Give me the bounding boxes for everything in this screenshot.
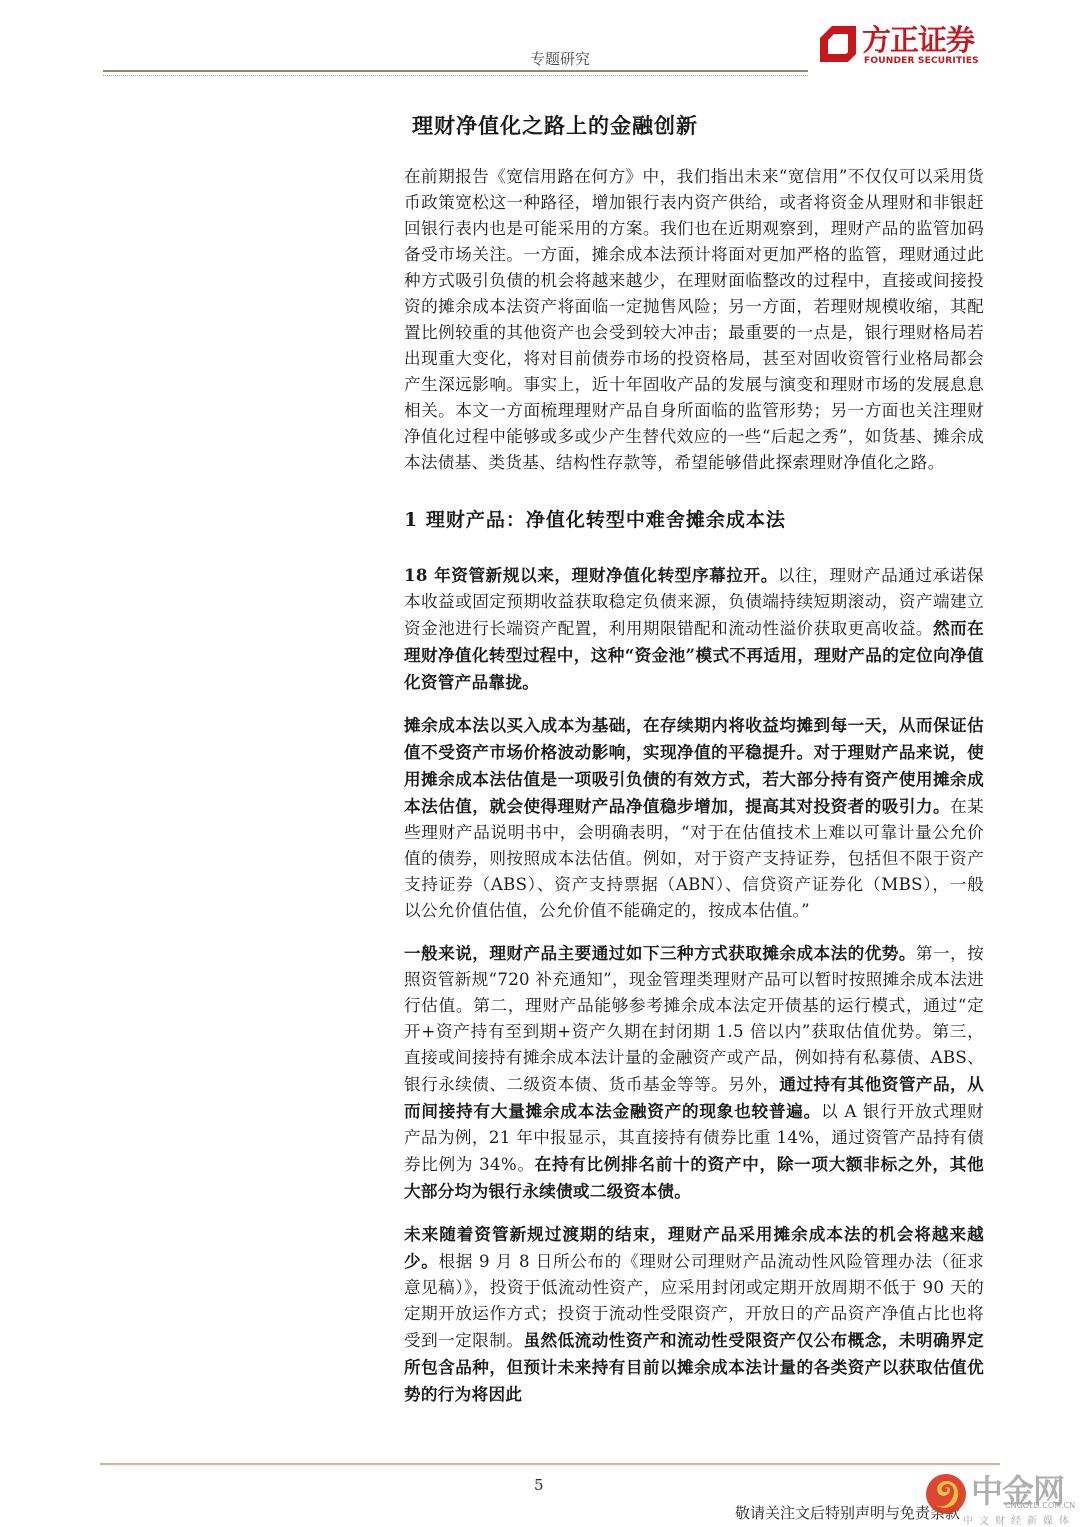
logo-name-en: FOUNDER SECURITIES [864, 56, 979, 66]
section-1-paragraph-3: 一般来说，理财产品主要通过如下三种方式获取摊余成本法的优势。第一，按照资管新规“… [404, 940, 984, 1205]
document-title: 理财净值化之路上的金融创新 [412, 110, 984, 142]
section-1-paragraph-1: 18 年资管新规以来，理财净值化转型序幕拉开。以往，理财产品通过承诺保本收益或固… [404, 562, 984, 696]
founder-securities-logo: 方正证券 FOUNDER SECURITIES [818, 20, 983, 70]
text-segment: 18 年资管新规以来，理财净值化转型序幕拉开。 [404, 565, 778, 585]
text-segment: 摊余成本法以买入成本为基础，在存续期内将收益均摊到每一天，从而保证估值不受资产市… [404, 715, 984, 816]
text-segment: 第一，按照资管新规“720 补充通知”，现金管理类理财产品可以暂时按照摊余成本法… [404, 944, 984, 1094]
watermark-tagline: 中文财经新媒体 [963, 1512, 1075, 1527]
footer-divider [100, 1463, 1000, 1465]
page-number: 5 [534, 1476, 544, 1494]
section-1-paragraph-2: 摊余成本法以买入成本为基础，在存续期内将收益均摊到每一天，从而保证估值不受资产市… [404, 712, 984, 924]
logo-name-cn: 方正证券 [862, 18, 974, 59]
text-segment: 一般来说，理财产品主要通过如下三种方式获取摊余成本法的优势。 [404, 943, 916, 963]
section-1-heading: 1 理财产品：净值化转型中难舍摊余成本法 [404, 506, 984, 534]
founder-logo-mark-icon [818, 24, 858, 64]
header-dotted-divider [103, 75, 808, 76]
cngold-logo-icon [925, 1473, 967, 1515]
watermark-domain: CNGOLD.COM.CN [1005, 1501, 1075, 1510]
document-body: 理财净值化之路上的金融创新 在前期报告《宽信用路在何方》中，我们指出未来“宽信用… [404, 110, 984, 1408]
section-1-paragraph-4: 未来随着资管新规过渡期的结束，理财产品采用摊余成本法的机会将越来越少。根据 9 … [404, 1221, 984, 1408]
header-divider [103, 70, 808, 72]
header-section-label: 专题研究 [530, 48, 590, 69]
intro-paragraph: 在前期报告《宽信用路在何方》中，我们指出未来“宽信用”不仅仅可以采用货币政策宽松… [404, 164, 984, 476]
cngold-watermark: 中金网 CNGOLD.COM.CN 中文财经新媒体 [925, 1470, 1080, 1527]
